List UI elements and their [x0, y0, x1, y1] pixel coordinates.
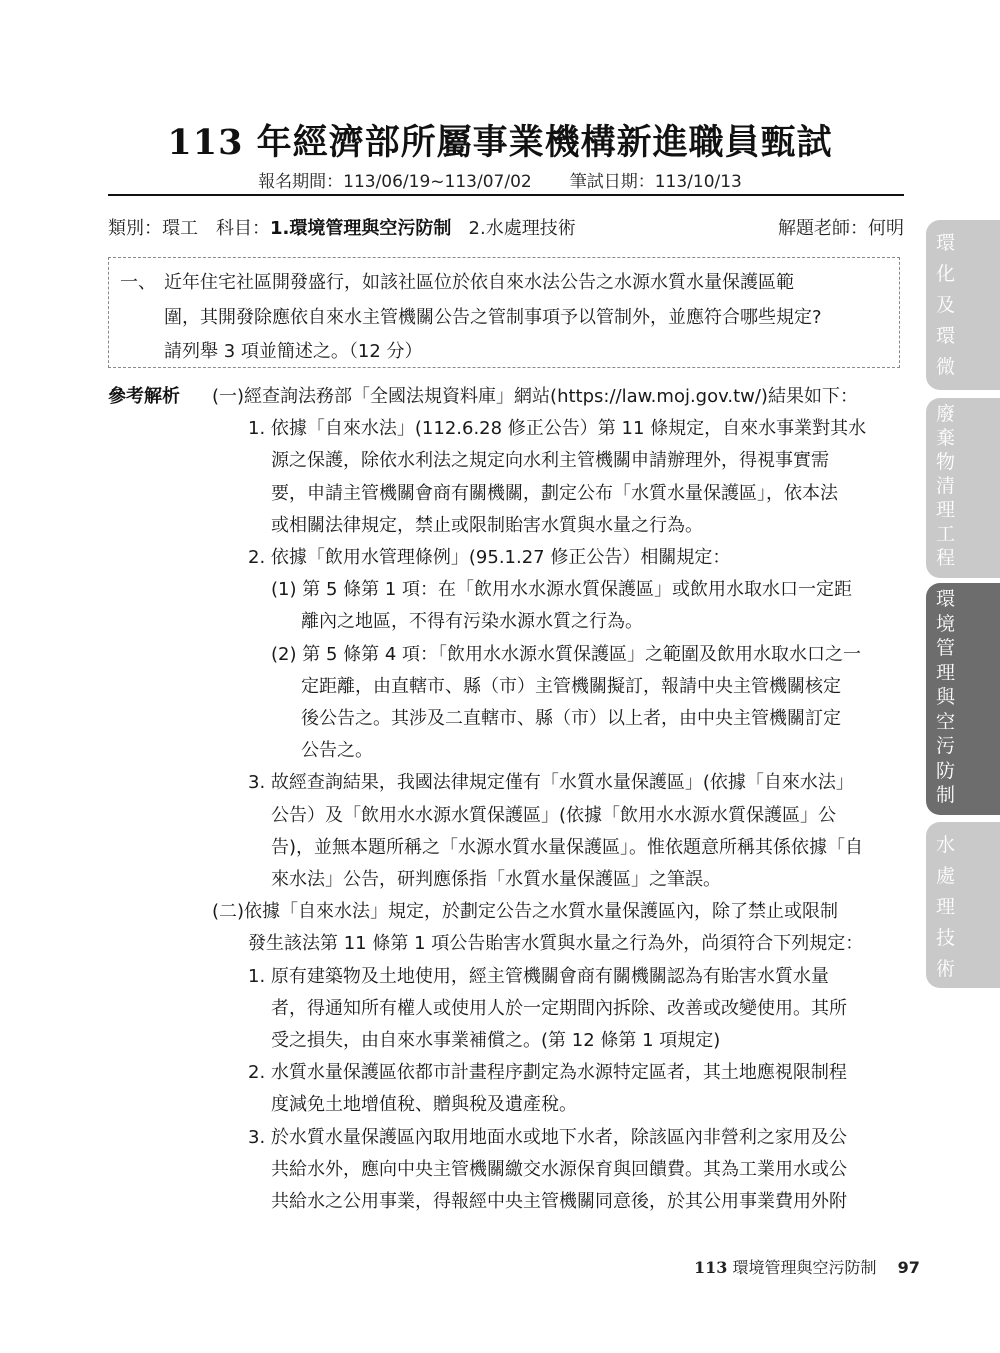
exam-meta: 類別：環工 科目：1.環境管理與空污防制 2.水處理技術 解題老師：何明: [108, 214, 904, 240]
answer-line: 者，得通知所有權人或使用人於一定期間內拆除、改善或改變使用。其所: [108, 993, 908, 1025]
answer-lines: (一)經查詢法務部「全國法規資料庫」網站(https://law.moj.gov…: [108, 381, 908, 1218]
answer-line: (一)經查詢法務部「全國法規資料庫」網站(https://law.moj.gov…: [108, 381, 908, 413]
chapter-tab-char: 防: [936, 759, 955, 784]
answer-line: 來水法」公告，研判應係指「水質水量保護區」之筆誤。: [108, 864, 908, 896]
answer-line: 後公告之。其涉及二直轄市、縣（市）以上者，由中央主管機關訂定: [108, 703, 908, 735]
chapter-tab-char: 空: [936, 710, 955, 735]
answer-line: 公告之。: [108, 735, 908, 767]
question-number: 一、: [120, 266, 164, 301]
header-divider: [108, 194, 904, 196]
answer-line: 要，申請主管機關會商有關機關，劃定公布「水質水量保護區」，依本法: [108, 478, 908, 510]
chapter-tab-char: 程: [936, 546, 955, 570]
answer-line: (2) 第 5 條第 4 項：「飲用水水源水質保護區」之範圍及飲用水取水口之一: [108, 639, 908, 671]
chapter-tab-char: 理: [936, 498, 955, 522]
answer-line: 告)，並無本題所稱之「水源水質水量保護區」。惟依題意所稱其係依據「自: [108, 832, 908, 864]
chapter-tab-2[interactable]: 廢棄物清理工程: [926, 398, 1000, 578]
chapter-tab-char: 環: [936, 228, 955, 259]
chapter-tab-char: 化: [936, 259, 955, 290]
chapter-tab-3[interactable]: 環境管理與空污防制: [926, 583, 1000, 815]
answer-line: 2. 依據「飲用水管理條例」(95.1.27 修正公告）相關規定：: [108, 542, 908, 574]
page-number: 97: [898, 1258, 920, 1277]
chapter-tab-char: 工: [936, 522, 955, 546]
chapter-tab-char: 物: [936, 450, 955, 474]
answer-line: 共給水外，應向中央主管機關繳交水源保育與回饋費。其為工業用水或公: [108, 1154, 908, 1186]
category-subjects: 類別：環工 科目：1.環境管理與空污防制 2.水處理技術: [108, 214, 576, 240]
answer-line: 受之損失，由自來水事業補償之。(第 12 條第 1 項規定): [108, 1025, 908, 1057]
chapter-tab-char: 微: [936, 352, 955, 383]
chapter-tab-char: 水: [936, 830, 955, 861]
answer-line: 源之保護，除依水利法之規定向水利主管機關申請辦理外，得視事實需: [108, 445, 908, 477]
chapter-tab-char: 技: [936, 923, 955, 954]
answer-line: 離內之地區，不得有污染水源水質之行為。: [108, 606, 908, 638]
chapter-tab-char: 與: [936, 685, 955, 710]
chapter-tab-char: 理: [936, 661, 955, 686]
subject-secondary: 2.水處理技術: [469, 218, 576, 239]
chapter-tab-char: 管: [936, 636, 955, 661]
answer-line: 2. 水質水量保護區依都市計畫程序劃定為水源特定區者，其土地應視限制程: [108, 1057, 908, 1089]
answer-line: 共給水之公用事業，得報經中央主管機關同意後，於其公用事業費用外附: [108, 1186, 908, 1218]
answer-line: 定距離，由直轄市、縣（市）主管機關擬訂，報請中央主管機關核定: [108, 671, 908, 703]
teacher-name: 解題老師：何明: [778, 214, 904, 240]
exam-schedule: 報名期間：113/06/19~113/07/02筆試日期：113/10/13: [0, 167, 1000, 192]
exam-date: 筆試日期：113/10/13: [570, 172, 742, 192]
chapter-tab-char: 棄: [936, 426, 955, 450]
chapter-tab-char: 環: [936, 587, 955, 612]
chapter-tab-char: 理: [936, 892, 955, 923]
answer-line: 3. 故經查詢結果，我國法律規定僅有「水質水量保護區」(依據「自來水法」: [108, 767, 908, 799]
answer-line: (1) 第 5 條第 1 項：在「飲用水水源水質保護區」或飲用水取水口一定距: [108, 574, 908, 606]
question-line: 圍，其開發除應依自來水主管機關公告之管制事項予以管制外，並應符合哪些規定?: [120, 301, 910, 336]
question-text: 一、近年住宅社區開發盛行，如該社區位於依自來水法公告之水源水質水量保護區範 圍，…: [120, 266, 910, 370]
answer-section: 參考解析 (一)經查詢法務部「全國法規資料庫」網站(https://law.mo…: [108, 381, 908, 1218]
footer-subject: 環境管理與空污防制: [733, 1258, 877, 1277]
chapter-tab-char: 污: [936, 734, 955, 759]
chapter-tab-4[interactable]: 水處理技術: [926, 822, 1000, 988]
answer-line: 發生該法第 11 條第 1 項公告貽害水質與水量之行為外，尚須符合下列規定：: [108, 928, 908, 960]
answer-line: 或相關法律規定，禁止或限制貽害水質與水量之行為。: [108, 510, 908, 542]
answer-line: 1. 原有建築物及土地使用，經主管機關會商有關機關認為有貽害水質水量: [108, 961, 908, 993]
answer-line: 1. 依據「自來水法」(112.6.28 修正公告）第 11 條規定，自來水事業…: [108, 413, 908, 445]
chapter-tab-char: 環: [936, 321, 955, 352]
chapter-tab-char: 廢: [936, 402, 955, 426]
footer-year: 113: [694, 1258, 727, 1277]
chapter-tab-char: 制: [936, 783, 955, 808]
answer-line: 公告）及「飲用水水源水質保護區」(依據「飲用水水源水質保護區」公: [108, 800, 908, 832]
question-line: 一、近年住宅社區開發盛行，如該社區位於依自來水法公告之水源水質水量保護區範: [120, 266, 910, 301]
page-title: 113 年經濟部所屬事業機構新進職員甄試: [0, 115, 1000, 165]
chapter-tab-1[interactable]: 環化及環微: [926, 220, 1000, 390]
chapter-tab-char: 清: [936, 474, 955, 498]
chapter-tab-char: 處: [936, 861, 955, 892]
subject-primary: 1.環境管理與空污防制: [270, 218, 451, 239]
page-footer: 113 環境管理與空污防制 97: [694, 1255, 920, 1278]
chapter-tab-char: 及: [936, 290, 955, 321]
question-line: 請列舉 3 項並簡述之。（12 分）: [120, 335, 910, 370]
answer-line: 3. 於水質水量保護區內取用地面水或地下水者，除該區內非營利之家用及公: [108, 1122, 908, 1154]
chapter-tab-char: 術: [936, 954, 955, 985]
answer-line: (二)依據「自來水法」規定，於劃定公告之水質水量保護區內，除了禁止或限制: [108, 896, 908, 928]
registration-period: 報名期間：113/06/19~113/07/02: [258, 172, 532, 192]
answer-line: 度減免土地增值稅、贈與稅及遺產稅。: [108, 1089, 908, 1121]
chapter-tab-char: 境: [936, 612, 955, 637]
category-label: 類別：環工 科目：: [108, 218, 270, 239]
